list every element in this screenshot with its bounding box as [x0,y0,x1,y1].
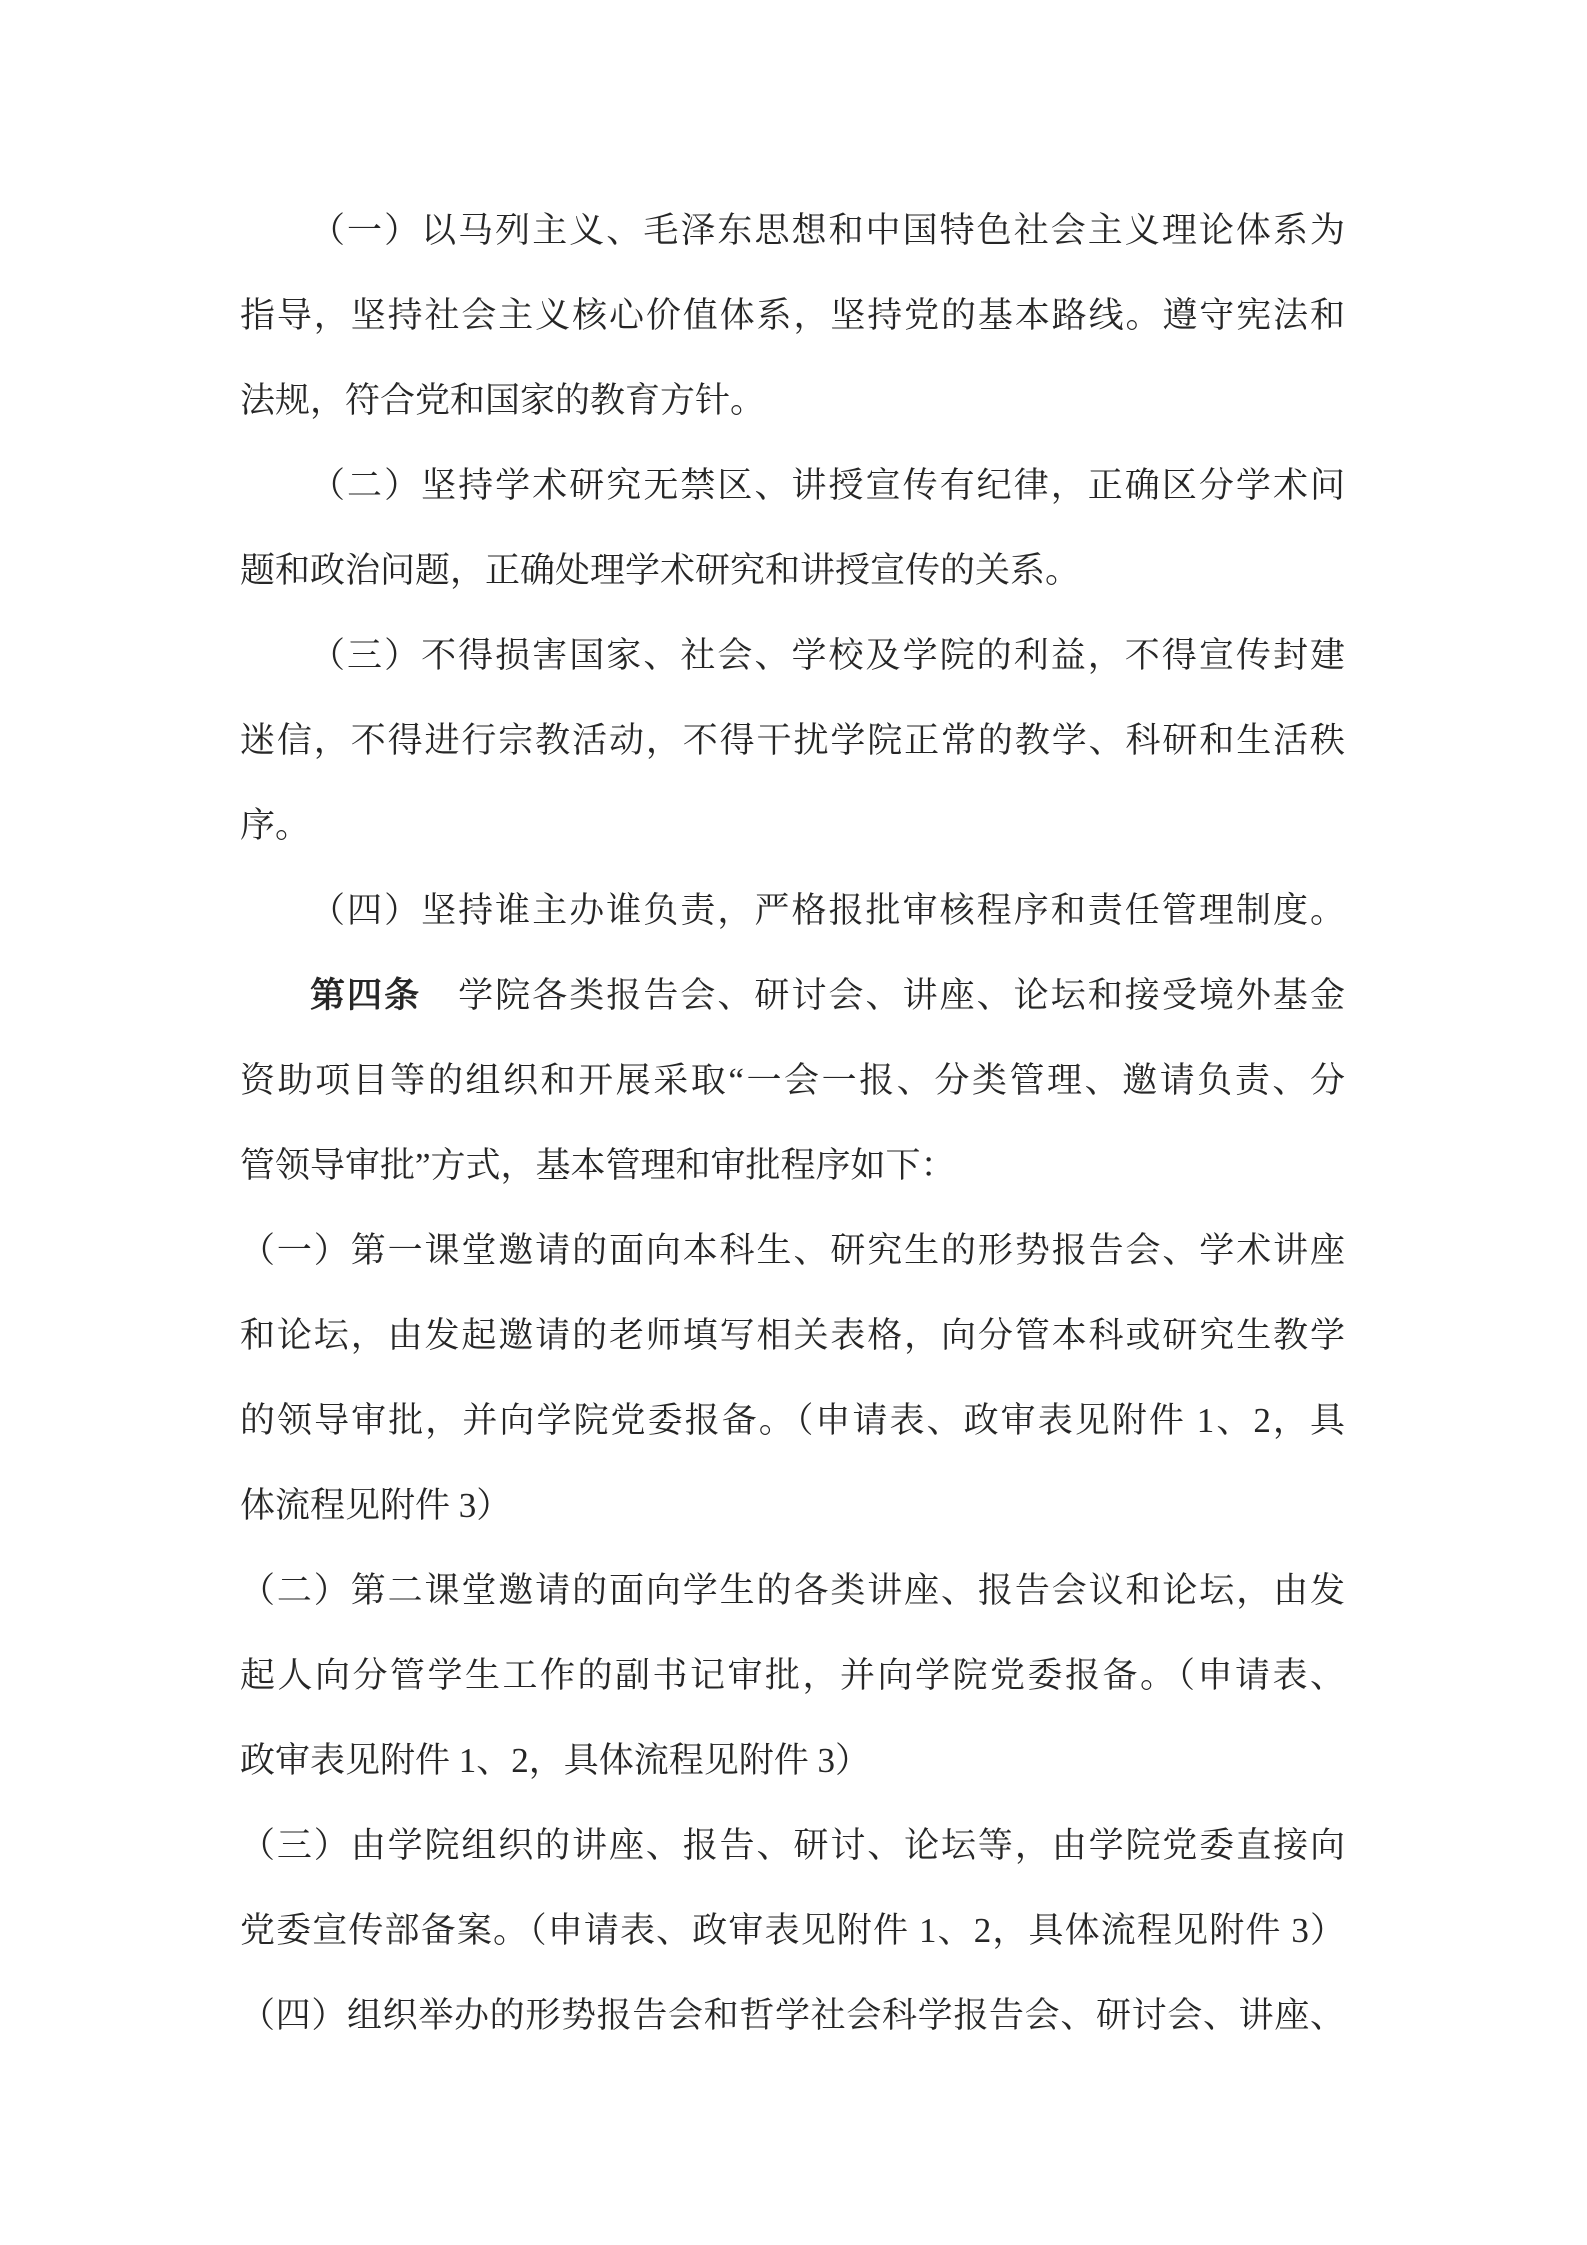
document-body: （一）以马列主义、毛泽东思想和中国特色社会主义理论体系为 指导，坚持社会主义核心… [240,188,1345,2058]
line-text: （一）以马列主义、毛泽东思想和中国特色社会主义理论体系为 [310,211,1345,250]
text-line: 资助项目等的组织和开展采取“一会一报、分类管理、邀请负责、分 [240,1038,1345,1123]
text-line: 政审表见附件 1、2，具体流程见附件 3） [240,1718,1345,1803]
line-text: （四）坚持谁主办谁负责，严格报批审核程序和责任管理制度。 [310,891,1345,930]
text-line: 管领导审批”方式，基本管理和审批程序如下： [240,1123,1345,1208]
text-line: （二）第二课堂邀请的面向学生的各类讲座、报告会议和论坛，由发 [240,1548,1345,1633]
text-line: （一）以马列主义、毛泽东思想和中国特色社会主义理论体系为 [240,188,1345,273]
text-line: 序。 [240,783,1345,868]
line-text: 起人向分管学生工作的副书记审批，并向学院党委报备。（申请表、 [240,1656,1345,1695]
article-number: 第四条 [310,976,421,1015]
text-line: （二）坚持学术研究无禁区、讲授宣传有纪律，正确区分学术问 [240,443,1345,528]
text-line: （四）坚持谁主办谁负责，严格报批审核程序和责任管理制度。 [240,868,1345,953]
line-text: （三）由学院组织的讲座、报告、研讨、论坛等，由学院党委直接向 [240,1826,1345,1865]
text-line: （四）组织举办的形势报告会和哲学社会科学报告会、研讨会、讲座、 [240,1973,1345,2058]
text-line: （三）由学院组织的讲座、报告、研讨、论坛等，由学院党委直接向 [240,1803,1345,1888]
text-line: 迷信，不得进行宗教活动，不得干扰学院正常的教学、科研和生活秩 [240,698,1345,783]
line-text: （二）坚持学术研究无禁区、讲授宣传有纪律，正确区分学术问 [310,466,1345,505]
text-line: 的领导审批，并向学院党委报备。（申请表、政审表见附件 1、2，具 [240,1378,1345,1463]
text-line: 指导，坚持社会主义核心价值体系，坚持党的基本路线。遵守宪法和 [240,273,1345,358]
text-line: 题和政治问题，正确处理学术研究和讲授宣传的关系。 [240,528,1345,613]
line-text: 资助项目等的组织和开展采取“一会一报、分类管理、邀请负责、分 [240,1061,1345,1100]
line-text: 法规，符合党和国家的教育方针。 [240,381,765,420]
text-line: 体流程见附件 3） [240,1463,1345,1548]
line-text: （二）第二课堂邀请的面向学生的各类讲座、报告会议和论坛，由发 [240,1571,1345,1610]
text-line: （一）第一课堂邀请的面向本科生、研究生的形势报告会、学术讲座 [240,1208,1345,1293]
line-text: （四）组织举办的形势报告会和哲学社会科学报告会、研讨会、讲座、 [240,1996,1345,2035]
text-line: 党委宣传部备案。（申请表、政审表见附件 1、2，具体流程见附件 3） [240,1888,1345,1973]
line-text: 管领导审批”方式，基本管理和审批程序如下： [240,1146,956,1185]
line-text: 体流程见附件 3） [240,1486,511,1525]
line-text: （三）不得损害国家、社会、学校及学院的利益，不得宣传封建 [310,636,1345,675]
text-line: 起人向分管学生工作的副书记审批，并向学院党委报备。（申请表、 [240,1633,1345,1718]
line-text: 党委宣传部备案。（申请表、政审表见附件 1、2，具体流程见附件 3） [240,1911,1345,1950]
line-text: 迷信，不得进行宗教活动，不得干扰学院正常的教学、科研和生活秩 [240,721,1345,760]
line-text: 和论坛，由发起邀请的老师填写相关表格，向分管本科或研究生教学 [240,1316,1345,1355]
line-text: 的领导审批，并向学院党委报备。（申请表、政审表见附件 1、2，具 [240,1401,1345,1440]
line-text: 题和政治问题，正确处理学术研究和讲授宣传的关系。 [240,551,1080,590]
line-text: 指导，坚持社会主义核心价值体系，坚持党的基本路线。遵守宪法和 [240,296,1345,335]
text-line: 第四条 学院各类报告会、研讨会、讲座、论坛和接受境外基金 [240,953,1345,1038]
line-text: （一）第一课堂邀请的面向本科生、研究生的形势报告会、学术讲座 [240,1231,1345,1270]
text-line: 法规，符合党和国家的教育方针。 [240,358,1345,443]
text-line: 和论坛，由发起邀请的老师填写相关表格，向分管本科或研究生教学 [240,1293,1345,1378]
line-text: 序。 [240,806,310,845]
line-text: 政审表见附件 1、2，具体流程见附件 3） [240,1741,870,1780]
document-page: （一）以马列主义、毛泽东思想和中国特色社会主义理论体系为 指导，坚持社会主义核心… [0,0,1587,2245]
text-line: （三）不得损害国家、社会、学校及学院的利益，不得宣传封建 [240,613,1345,698]
line-text: 学院各类报告会、研讨会、讲座、论坛和接受境外基金 [421,976,1345,1015]
